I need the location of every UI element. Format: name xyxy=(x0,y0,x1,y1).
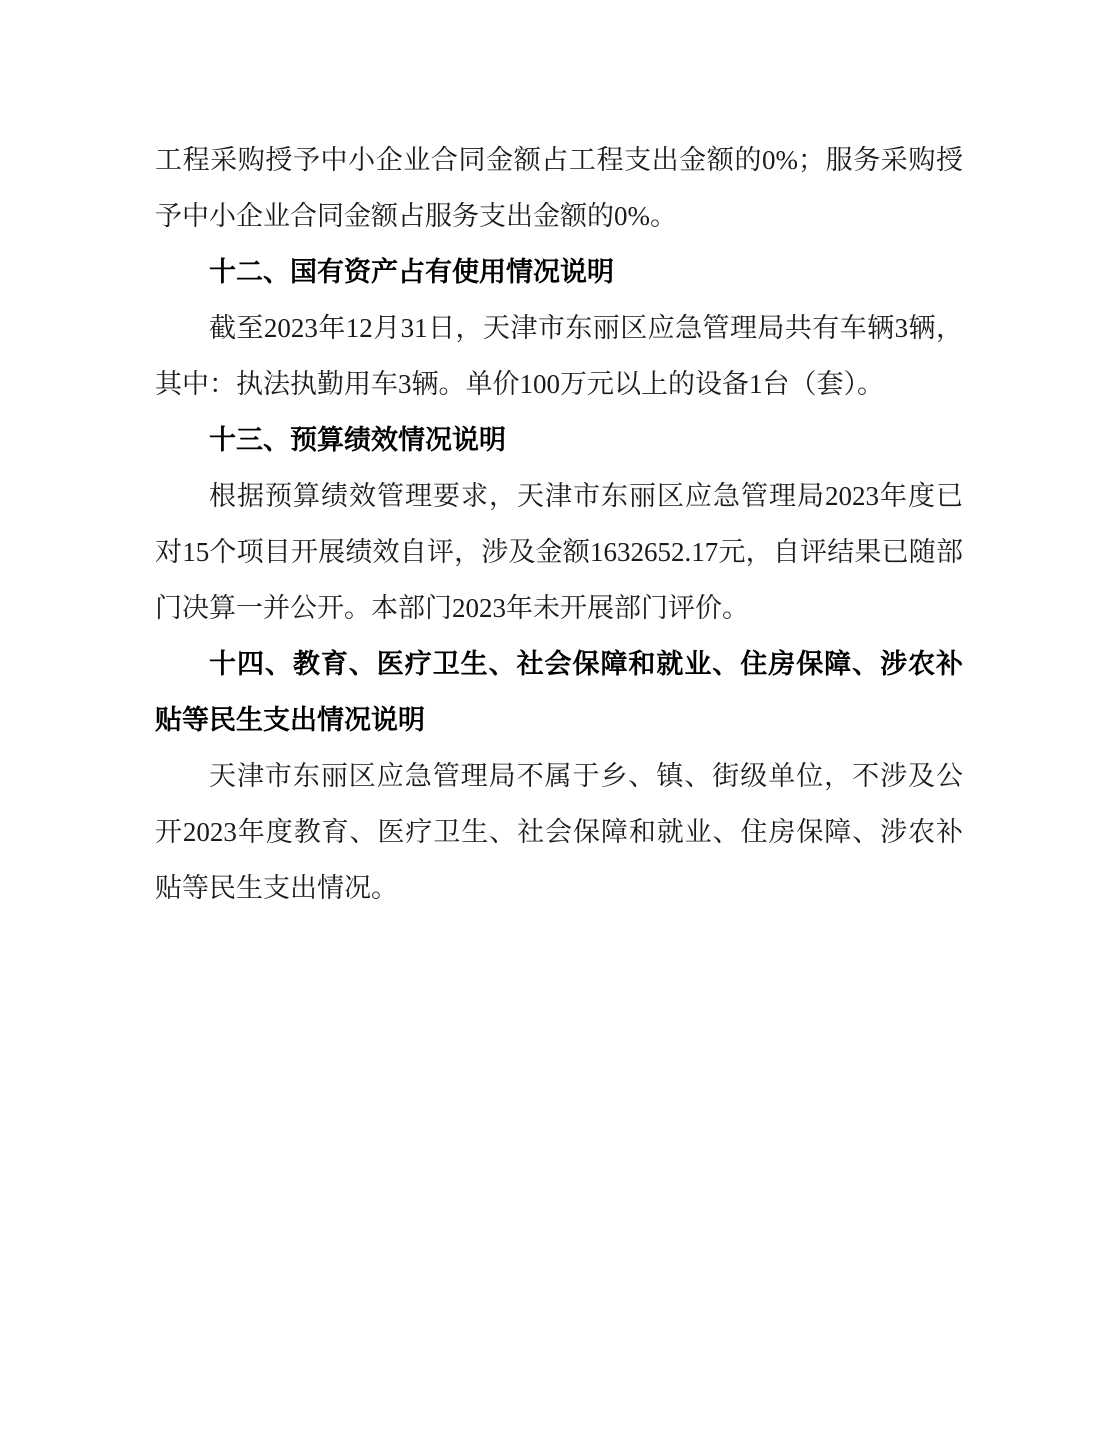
section-13-paragraph: 根据预算绩效管理要求，天津市东丽区应急管理局2023年度已对15个项目开展绩效自… xyxy=(155,468,963,636)
section-14-heading: 十四、教育、医疗卫生、社会保障和就业、住房保障、涉农补贴等民生支出情况说明 xyxy=(155,636,963,748)
section-12-heading: 十二、国有资产占有使用情况说明 xyxy=(155,244,963,300)
section-14-paragraph: 天津市东丽区应急管理局不属于乡、镇、街级单位，不涉及公开2023年度教育、医疗卫… xyxy=(155,748,963,916)
section-13-heading: 十三、预算绩效情况说明 xyxy=(155,412,963,468)
paragraph-procurement-continuation: 工程采购授予中小企业合同金额占工程支出金额的0%；服务采购授予中小企业合同金额占… xyxy=(155,132,963,244)
section-12-paragraph: 截至2023年12月31日，天津市东丽区应急管理局共有车辆3辆，其中：执法执勤用… xyxy=(155,300,963,412)
document-content: 工程采购授予中小企业合同金额占工程支出金额的0%；服务采购授予中小企业合同金额占… xyxy=(155,132,963,916)
document-page: 工程采购授予中小企业合同金额占工程支出金额的0%；服务采购授予中小企业合同金额占… xyxy=(0,0,1105,1430)
